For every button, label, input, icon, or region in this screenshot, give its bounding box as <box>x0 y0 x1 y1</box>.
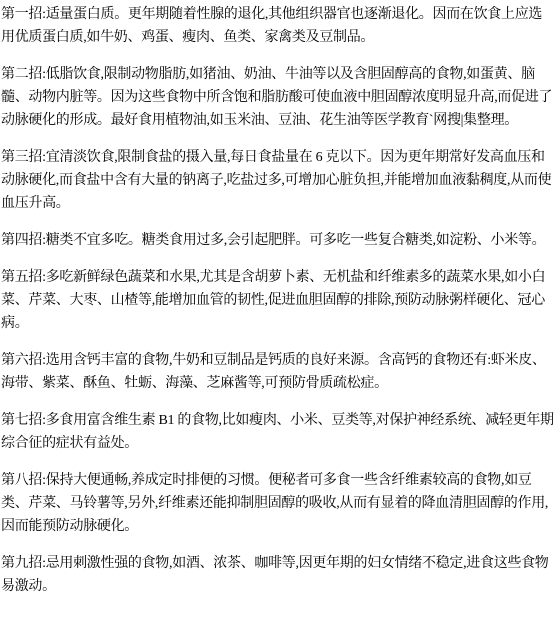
health-tip-paragraph-8: 第八招:保持大便通畅,养成定时排便的习惯。便秘者可多食一些含纤维素较高的食物,如… <box>1 469 554 538</box>
health-tip-paragraph-7: 第七招:多食用富含维生素 B1 的食物,比如瘦肉、小米、豆类等,对保护神经系统、… <box>1 409 554 455</box>
health-tip-paragraph-1: 第一招:适量蛋白质。更年期随着性腺的退化,其他组织器官也逐渐退化。因而在饮食上应… <box>1 3 554 49</box>
article-body: 第一招:适量蛋白质。更年期随着性腺的退化,其他组织器官也逐渐退化。因而在饮食上应… <box>0 0 556 598</box>
health-tip-paragraph-3: 第三招:宜清淡饮食,限制食盐的摄入量,每日食盐量在 6 克以下。因为更年期常好发… <box>1 146 554 215</box>
health-tip-paragraph-9: 第九招:忌用刺激性强的食物,如酒、浓茶、咖啡等,因更年期的妇女情绪不稳定,进食这… <box>1 552 554 598</box>
health-tip-paragraph-5: 第五招:多吃新鲜绿色蔬菜和水果,尤其是含胡萝卜素、无机盐和纤维素多的蔬菜水果,如… <box>1 266 554 335</box>
health-tip-paragraph-4: 第四招:糖类不宜多吃。糖类食用过多,会引起肥胖。可多吃一些复合糖类,如淀粉、小米… <box>1 229 554 252</box>
health-tip-paragraph-2: 第二招:低脂饮食,限制动物脂肪,如猪油、奶油、牛油等以及含胆固醇高的食物,如蛋黄… <box>1 63 554 132</box>
health-tip-paragraph-6: 第六招:选用含钙丰富的食物,牛奶和豆制品是钙质的良好来源。含高钙的食物还有:虾米… <box>1 349 554 395</box>
